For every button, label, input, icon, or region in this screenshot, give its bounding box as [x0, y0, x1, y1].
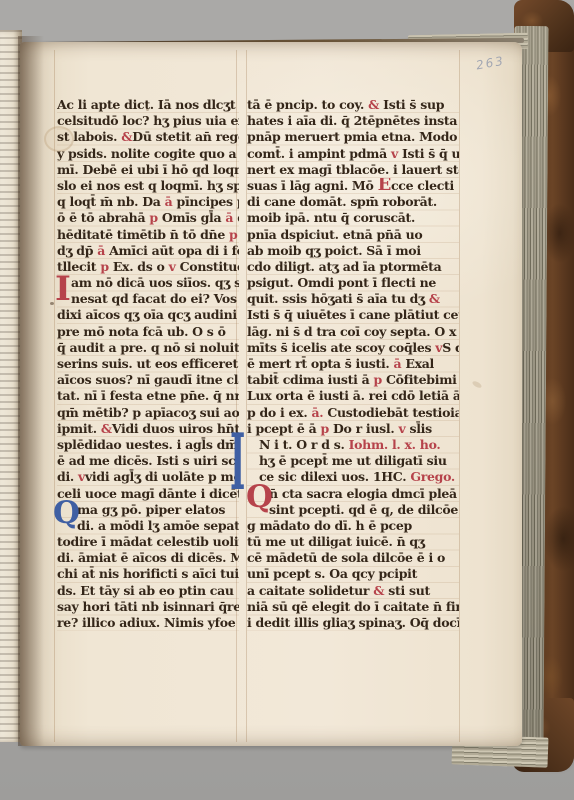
text-line: celsitudō loc? hʒ pius uia exce	[57, 113, 239, 129]
text-line: tabit̄ cdima iusti ā p Cōfitebimi	[247, 372, 459, 388]
rubric-segment: p	[100, 259, 108, 274]
text-line: celi uoce magī dānte i dicēte. Isti s	[57, 486, 239, 502]
text-segment: i pcept ē ā	[247, 421, 320, 436]
text-line: nert ex magī tblacōe. i lauert stolas	[247, 162, 459, 178]
text-segment: Custodiebāt testioia	[323, 405, 459, 420]
text-segment: Omīs gl̄a	[158, 210, 226, 225]
text-segment: chi at̄ nis horificti s aīci tui	[57, 566, 239, 581]
text-segment: todire ī mādat celestib uolite	[57, 534, 239, 549]
text-line: a caitate solidetur & sti sut	[247, 583, 459, 599]
text-segment: splēdidao uestes. i agl̄s dm̄ locuty	[57, 437, 239, 452]
text-line: tllecit p Ex. ds o v Constitues	[57, 259, 239, 275]
text-line: cē mādetū de sola dilcōe ē i o	[247, 550, 459, 566]
text-segment: cce clecti	[391, 178, 454, 193]
text-line: di. āmiat ē aīcos di dicēs. Mi	[57, 550, 239, 566]
gutter-shadow	[18, 36, 44, 746]
rubric-segment: ā	[225, 210, 233, 225]
text-line: nesat qd facat do ei? Vos at̄	[57, 291, 239, 307]
text-segment: tū me ut diligat iuicē. n̄ qʒ	[247, 534, 425, 549]
text-segment: pre mō nota fcā ub. O s ō	[57, 324, 226, 339]
text-line: ipmit. &Vidi duos uiros hn̄tes	[57, 421, 239, 437]
text-segment: a caitate solidetur	[247, 583, 373, 598]
text-segment: ab moib qʒ poict. Sā ī moi	[247, 243, 421, 258]
drop-cap-red-q: Q	[246, 482, 273, 513]
text-segment: pnāp meruert pmia etna. Modo	[247, 129, 457, 144]
text-segment: dixi aīcos qʒ oīa qcʒ audini a	[57, 307, 239, 322]
text-segment: cdo diligt. atʒ ad īa ptormēta	[247, 259, 441, 274]
text-segment: Exal	[401, 356, 434, 371]
text-segment: di.	[57, 469, 78, 484]
text-line: tū me ut diligat iuicē. n̄ qʒ	[247, 534, 459, 550]
text-line: Lux orta ē iusti ā. rei cdō letiā ā.	[247, 388, 459, 404]
ruling-line-vertical	[54, 50, 55, 742]
drop-cap-red-i: I	[55, 272, 71, 306]
text-segment: sti sut	[384, 583, 430, 598]
text-line: comt̄. i ampint pdmā v Isti s̄ q̄ ue	[247, 146, 459, 162]
text-line: hates i aīa di. q̄ 2tēpnētes insta	[247, 113, 459, 129]
text-segment: say hori tāti nb isinnari q̄re	[57, 599, 239, 614]
text-segment: nert ex magī tblacōe. i lauert stolas	[247, 162, 459, 177]
text-segment: sint pcepti. qd ē q, de dilcōe qī	[269, 502, 459, 517]
text-segment: mīts s̄ icelis ate scoy coq̄les	[247, 340, 435, 355]
text-segment: ipmit.	[57, 421, 101, 436]
text-segment: di cane domāt. spm̄ roborāt.	[247, 194, 437, 209]
text-line: N i t. O r d s. Iohm. l. x. ho.	[247, 437, 459, 453]
text-segment: re? illico adiux. Nimis yfoe	[57, 615, 235, 630]
text-line: pre mō nota fcā ub. O s ō	[57, 324, 239, 340]
text-line: mī. Debē ei ubi ī hō qd loqmī. v	[57, 162, 239, 178]
rubric-segment: v	[391, 146, 398, 161]
drop-cap-blue-q: Q	[53, 498, 80, 529]
text-line: sint pcepti. qd ē q, de dilcōe qī	[247, 502, 459, 518]
text-line: ab moib qʒ poict. Sā ī moi	[247, 243, 459, 259]
text-line: slo ei nos est q loqmī. hʒ spō pry mī	[57, 178, 239, 194]
text-segment: hates i aīa di. q̄ 2tēpnētes insta	[247, 113, 457, 128]
text-segment: st labois.	[57, 129, 121, 144]
text-segment: Isti s̄ sup	[379, 97, 444, 112]
text-line: tat. nī ī festa etne pn̄e. q̄ nrīs	[57, 388, 239, 404]
text-line: am nō dicā uos siīos. qʒ suus	[57, 275, 239, 291]
text-segment: Vidi duos uiros hn̄tes	[112, 421, 239, 436]
rubric-segment: v	[78, 469, 85, 484]
text-line: i dedit illis gliaʒ spinaʒ. Oq̄ docī	[247, 615, 459, 631]
text-line: dʒ dp̄ ā Amīci aūt opa di i fcā ē m̄	[57, 243, 239, 259]
drop-cap-blue-i-tall: I	[230, 424, 245, 502]
ruling-line-vertical	[459, 50, 460, 742]
text-segment: Ex. ds o	[109, 259, 169, 274]
text-segment: ds. Et tāy si ab eo ptin cau	[57, 583, 234, 598]
rubric-segment: p	[320, 421, 328, 436]
text-segment: ē mert rt̄ opta s̄ iusti.	[247, 356, 394, 371]
text-line: p do i ex. ā. Custodiebāt testioia	[247, 405, 459, 421]
text-segment: dedisti	[233, 210, 239, 225]
rubric-segment: p	[373, 372, 381, 387]
text-segment: mī. Debē ei ubi ī hō qd loqmī.	[57, 162, 239, 177]
text-line: say hori tāti nb isinnari q̄re	[57, 599, 239, 615]
text-line: ds. Et tāy si ab eo ptin cau	[57, 583, 239, 599]
text-segment: Isti s̄ q̄ uiuētes ī cane plātiut cetay	[247, 307, 459, 322]
rubric-segment: v	[169, 259, 176, 274]
text-segment: q loqt̄ m̄ nb. Da	[57, 194, 165, 209]
text-line: st labois. &Dū stetit an̄ reges	[57, 129, 239, 145]
text-segment: moib ipā. ntu q̄ coruscāt.	[247, 210, 415, 225]
rubric-segment: p	[149, 210, 157, 225]
text-line: ce sic dilexi uos. 1HC. Grego.	[247, 469, 459, 485]
text-line: unī pcept s. Oa qcy pcipit	[247, 566, 459, 582]
text-line: ma gʒ pō. piper elatos	[57, 502, 239, 518]
text-segment: unī pcept s. Oa qcy pcipit	[247, 566, 417, 581]
text-line: dixi aīcos qʒ oīa qcʒ audini a	[57, 307, 239, 323]
text-segment: hʒ ē pcept̄ me ut diligatī siu	[259, 453, 447, 468]
rubric-segment: p	[229, 227, 237, 242]
rubric-segment: Grego.	[410, 469, 455, 484]
text-segment: dʒ dp̄	[57, 243, 97, 258]
text-line: cdo diligt. atʒ ad īa ptormēta	[247, 259, 459, 275]
text-line: splēdidao uestes. i agl̄s dm̄ locuty	[57, 437, 239, 453]
rubric-segment: &	[101, 421, 112, 436]
text-line: psigut. Omdi pont ī flecti ne	[247, 275, 459, 291]
text-segment: N i t. O r d s.	[259, 437, 349, 452]
left-column: Ac li apte dict. Iā nos dlcʒtcelsitudō l…	[57, 97, 239, 631]
text-segment: tat. nī ī festa etne pn̄e. q̄ nrīs	[57, 388, 239, 403]
text-segment: aīcos suos? nī gaudī itne clai	[57, 372, 239, 387]
text-segment: pnīa dspiciut. etnā pn̄ā uo	[247, 227, 422, 242]
right-column: tā ē pncip. to coy. & Isti s̄ suphates i…	[247, 97, 459, 631]
text-segment: quit. ssis hōʒati s̄ aīa tu dʒ	[247, 291, 429, 306]
text-segment: i dedit illis gliaʒ spinaʒ. Oq̄ docī	[247, 615, 459, 630]
text-line: aīcos suos? nī gaudī itne clai	[57, 372, 239, 388]
text-line: mīts s̄ icelis ate scoy coq̄les vS di	[247, 340, 459, 356]
text-line: Isti s̄ q̄ uiuētes ī cane plātiut cetay	[247, 307, 459, 323]
text-segment: Isti s̄ q̄ ue	[398, 146, 459, 161]
text-line: pnāp meruert pmia etna. Modo	[247, 129, 459, 145]
text-segment: Amīci aūt opa di i fcā ē m̄	[105, 243, 239, 258]
text-segment: Exaud	[238, 227, 240, 242]
text-segment: nesat qd facat do ei? Vos at̄	[71, 291, 239, 306]
text-line: lāg. ni s̄ d tra coī coy septa. O x	[247, 324, 459, 340]
text-line: di. vvidi agl̄ʒ di uolāte p mediuʒ	[57, 469, 239, 485]
text-segment: celsitudō loc? hʒ pius uia exce	[57, 113, 239, 128]
text-segment: ma gʒ pō. piper elatos	[77, 502, 225, 517]
text-segment: S di	[442, 340, 459, 355]
text-segment: ō ē tō abrahā	[57, 210, 149, 225]
text-line: moib ipā. ntu q̄ coruscāt.	[247, 210, 459, 226]
text-line: n̄ cta sacra elogia dmcī pleā	[247, 486, 459, 502]
text-segment: niā sū qē elegit do ī caitate n̄ fima.	[247, 599, 459, 614]
rubric-segment: &	[121, 129, 132, 144]
text-segment: di. a mōdi lʒ amōe sepatos. i cul	[77, 518, 239, 533]
text-segment: slo ei nos est q loqmī. hʒ spō pry mī	[57, 178, 239, 193]
text-segment: lāg. ni s̄ d tra coī coy septa. O x	[247, 324, 456, 339]
text-segment: hēditatē timētib n̄ tō dn̄e	[57, 227, 229, 242]
text-segment: g mādato do dī. h ē pcep	[247, 518, 412, 533]
text-line: quit. ssis hōʒati s̄ aīa tu dʒ &	[247, 291, 459, 307]
text-line: g mādato do dī. h ē pcep	[247, 518, 459, 534]
text-segment: Constitues	[176, 259, 239, 274]
text-line: q̄ audit a pre. q nō si noluit	[57, 340, 239, 356]
text-line: ō ē tō abrahā p Omīs gl̄a ā dedisti	[57, 210, 239, 226]
text-segment: comt̄. i ampint pdmā	[247, 146, 391, 161]
text-line: hēditatē timētib n̄ tō dn̄e p Exaud	[57, 227, 239, 243]
text-segment: ce sic dilexi uos. 1HC.	[259, 469, 410, 484]
text-segment: tā ē pncip. to coy.	[247, 97, 368, 112]
text-line: re? illico adiux. Nimis yfoe	[57, 615, 239, 631]
text-line: suas ī lāg agni. Mō Ecce clecti	[247, 178, 459, 194]
text-segment: Ac li apte dict. Iā nos dlcʒt	[57, 97, 235, 112]
text-line: i pcept ē ā p Do r iusl. v sl̄is	[247, 421, 459, 437]
text-segment: ē ad me dicēs. Isti s uiri scī fcā aīa	[57, 453, 239, 468]
text-segment: sl̄is	[405, 421, 431, 436]
text-segment: serins suis. ut eos efficeret	[57, 356, 238, 371]
text-segment: am nō dicā uos siīos. qʒ suus	[71, 275, 239, 290]
text-line: serins suis. ut eos efficeret	[57, 356, 239, 372]
text-segment: pīncipes pp.	[172, 194, 239, 209]
rubric-segment: &	[373, 583, 384, 598]
rubric-segment: E	[378, 178, 391, 194]
text-segment: celi uoce magī dānte i dicēte. Isti s	[57, 486, 239, 501]
text-line: niā sū qē elegit do ī caitate n̄ fima.	[247, 599, 459, 615]
text-segment: n̄ cta sacra elogia dmcī pleā	[269, 486, 457, 501]
rubric-segment: ā.	[311, 405, 323, 420]
text-line: ē mert rt̄ opta s̄ iusti. ā Exal	[247, 356, 459, 372]
text-line: di. a mōdi lʒ amōe sepatos. i cul	[57, 518, 239, 534]
text-segment: y psids. nolite cogite quo a q̄ loq	[57, 146, 239, 161]
text-segment: di. āmiat ē aīcos di dicēs. Mi	[57, 550, 239, 565]
text-line: hʒ ē pcept̄ me ut diligatī siu	[247, 453, 459, 469]
text-segment: Lux orta ē iusti ā. rei cdō letiā ā.	[247, 388, 459, 403]
text-line: y psids. nolite cogite quo a q̄ loq	[57, 146, 239, 162]
text-segment: suas ī lāg agni. Mō	[247, 178, 378, 193]
text-segment: q̄ audit a pre. q nō si noluit	[57, 340, 239, 355]
text-line: ē ad me dicēs. Isti s uiri scī fcā aīa	[57, 453, 239, 469]
text-segment: qm̄ mētib? p apīacoʒ sui aorī	[57, 405, 239, 420]
text-segment: psigut. Omdi pont ī flecti ne	[247, 275, 436, 290]
text-segment: Do r iusl.	[329, 421, 399, 436]
text-line: di cane domāt. spm̄ roborāt.	[247, 194, 459, 210]
rubric-segment: &	[368, 97, 379, 112]
text-segment: vidi agl̄ʒ di uolāte p mediuʒ	[85, 469, 239, 484]
text-line: todire ī mādat celestib uolite	[57, 534, 239, 550]
rubric-segment: &	[429, 291, 440, 306]
text-line: chi at̄ nis horificti s aīci tui	[57, 566, 239, 582]
photo-background: Ac li apte dict. Iā nos dlcʒtcelsitudō l…	[0, 0, 574, 800]
text-line: tā ē pncip. to coy. & Isti s̄ sup	[247, 97, 459, 113]
text-segment: Cōfitebimi	[382, 372, 457, 387]
text-segment: cē mādetū de sola dilcōe ē i o	[247, 550, 445, 565]
text-line: q loqt̄ m̄ nb. Da ā pīncipes pp. &	[57, 194, 239, 210]
stain-spot	[471, 380, 482, 389]
text-line: Ac li apte dict. Iā nos dlcʒt	[57, 97, 239, 113]
text-segment: p do i ex.	[247, 405, 311, 420]
text-line: pnīa dspiciut. etnā pn̄ā uo	[247, 227, 459, 243]
text-segment: tabit̄ cdima iusti ā	[247, 372, 373, 387]
rubric-segment: ā	[97, 243, 105, 258]
text-line: qm̄ mētib? p apīacoʒ sui aorī	[57, 405, 239, 421]
text-segment: Dū stetit an̄ reges	[132, 129, 239, 144]
rubric-segment: Iohm. l. x. ho.	[349, 437, 441, 452]
